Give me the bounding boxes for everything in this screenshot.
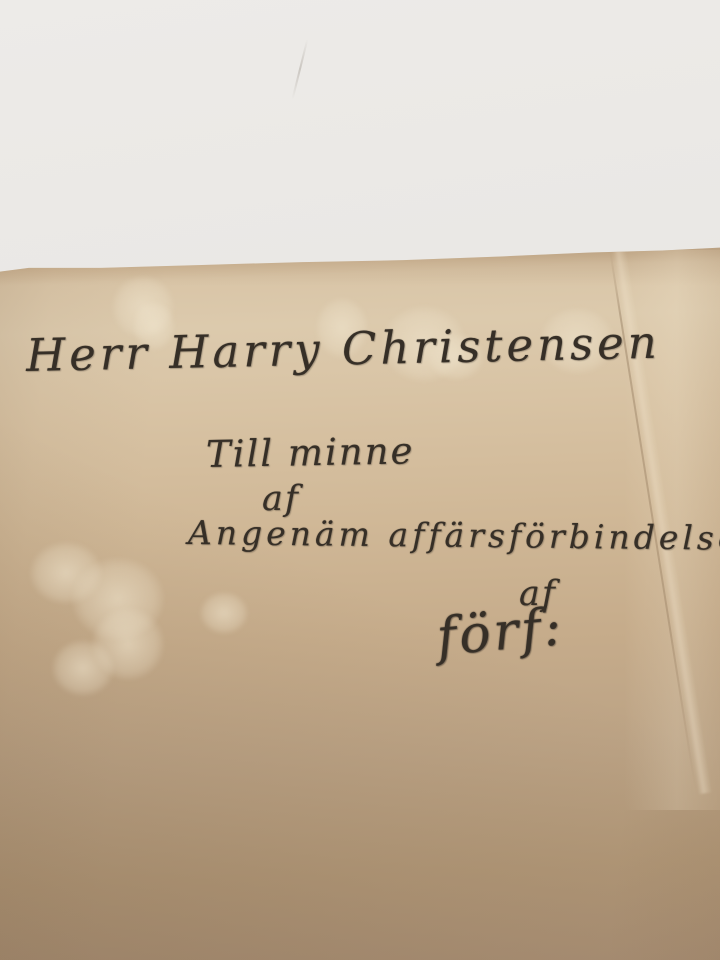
paper-stain <box>52 640 114 696</box>
surface-scratch <box>292 39 309 100</box>
paper-stain <box>200 592 248 634</box>
inscription-line-till-minne: Till minne <box>206 429 415 476</box>
inscription-signature: förf: <box>434 597 566 668</box>
inscription-line-affairsforbindelse: Angenäm affärsförbindelse <box>188 513 720 558</box>
photo-canvas: Herr Harry Christensen Till minne af Ang… <box>0 0 720 960</box>
